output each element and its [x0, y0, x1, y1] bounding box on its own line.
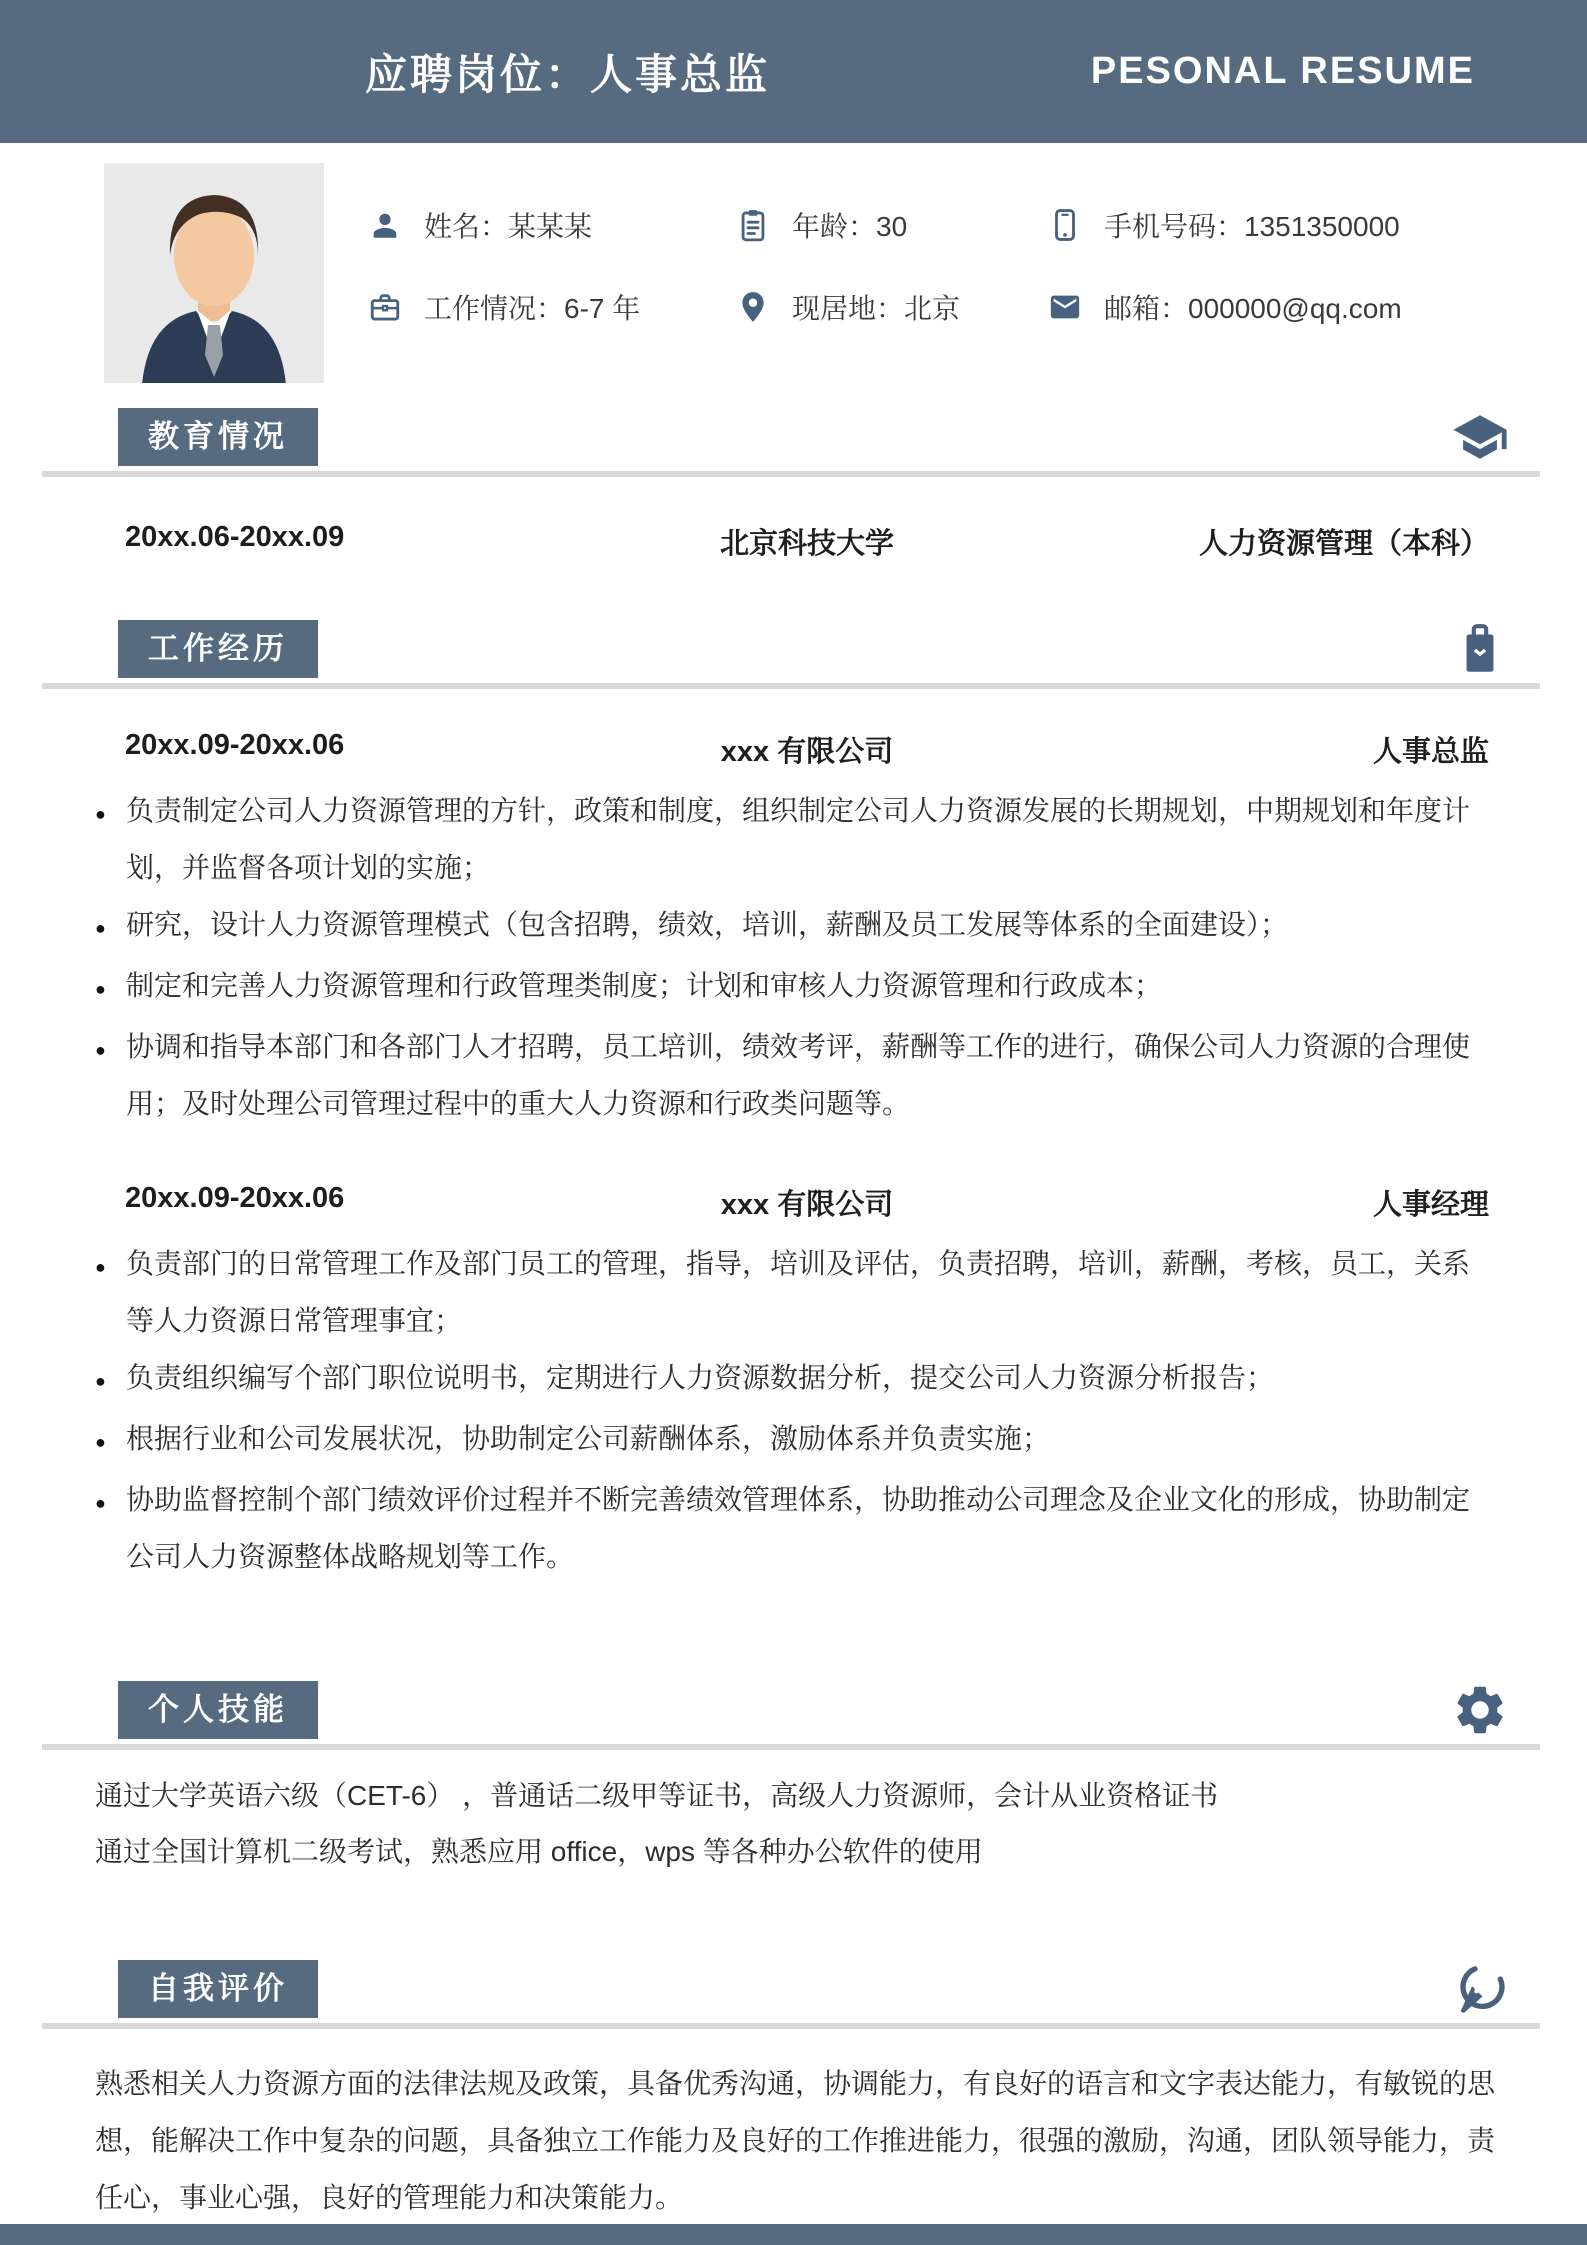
phone-icon: [1048, 208, 1082, 242]
job-bullet-list: 负责部门的日常管理工作及部门员工的管理，指导，培训及评估，负责招聘，培训，薪酬，…: [0, 1235, 1495, 1585]
section-title-box: 自我评价: [118, 1960, 318, 2018]
bullet-dot-icon: [95, 1471, 126, 1585]
job-bullet: 负责制定公司人力资源管理的方针，政策和制度，组织制定公司人力资源发展的长期规划，…: [95, 782, 1495, 896]
job-bullet: 协助监督控制个部门绩效评价过程并不断完善绩效管理体系，协助推动公司理念及企业文化…: [95, 1471, 1495, 1585]
bullet-dot-icon: [95, 896, 126, 957]
contact-field-experience: 工作情况：6-7 年: [368, 287, 736, 327]
mail-icon: [1048, 290, 1082, 324]
job-period: 20xx.09-20xx.06: [125, 1182, 551, 1223]
job-header-row: 20xx.09-20xx.06 xxx 有限公司 人事总监: [125, 729, 1489, 770]
contact-field-age: 年龄：30: [736, 205, 1048, 245]
skill-line: 通过全国计算机二级考试，熟悉应用 office，wps 等各种办公软件的使用: [95, 1824, 1492, 1880]
section-title: 工作经历: [148, 631, 288, 666]
education-period: 20xx.06-20xx.09: [125, 521, 551, 562]
education-row: 20xx.06-20xx.09 北京科技大学 人力资源管理（本科）: [125, 521, 1489, 562]
profile-section: 姓名：某某某 年龄：30: [104, 163, 1587, 383]
job-period: 20xx.09-20xx.06: [125, 729, 551, 770]
contact-field-name: 姓名：某某某: [368, 205, 736, 245]
job-title: 人事经理: [1063, 1182, 1489, 1223]
section-header-experience: 工作经历: [0, 620, 1587, 678]
job-bullet: 根据行业和公司发展状况，协助制定公司薪酬体系，激励体系并负责实施；: [95, 1410, 1495, 1471]
section-divider: [42, 683, 1540, 689]
job-bullet: 负责组织编写个部门职位说明书，定期进行人力资源数据分析，提交公司人力资源分析报告…: [95, 1349, 1495, 1410]
location-icon: [736, 290, 770, 324]
job-company: xxx 有限公司: [551, 1182, 1063, 1223]
job-bullet: 负责部门的日常管理工作及部门员工的管理，指导，培训及评估，负责招聘，培训，薪酬，…: [95, 1235, 1495, 1349]
job-bullet: 协调和指导本部门和各部门人才招聘，员工培训，绩效考评，薪酬等工作的进行，确保公司…: [95, 1018, 1495, 1132]
section-header-skills: 个人技能: [0, 1681, 1587, 1739]
section-title-box: 工作经历: [118, 620, 318, 678]
contact-grid: 姓名：某某某 年龄：30: [368, 163, 1402, 383]
job-bullet-text: 制定和完善人力资源管理和行政管理类制度；计划和审核人力资源管理和行政成本；: [126, 957, 1495, 1018]
job-entry: 20xx.09-20xx.06 xxx 有限公司 人事总监 负责制定公司人力资源…: [0, 729, 1587, 1132]
job-bullet-text: 研究，设计人力资源管理模式（包含招聘，绩效，培训，薪酬及员工发展等体系的全面建设…: [126, 896, 1495, 957]
contact-field-text: 工作情况：6-7 年: [424, 287, 640, 327]
resume-brand-text: PESONAL RESUME: [1091, 50, 1475, 93]
graduation-cap-icon: [1451, 408, 1509, 466]
footer-bar: [0, 2224, 1587, 2245]
job-bullet-text: 协调和指导本部门和各部门人才招聘，员工培训，绩效考评，薪酬等工作的进行，确保公司…: [126, 1018, 1495, 1132]
header-bar: 应聘岗位：人事总监 PESONAL RESUME: [0, 0, 1587, 143]
section-divider: [42, 2023, 1540, 2029]
gear-icon: [1451, 1681, 1509, 1739]
skill-line: 通过大学英语六级（CET-6） ，普通话二级甲等证书，高级人力资源师，会计从业资…: [95, 1768, 1492, 1824]
contact-field-text: 现居地：北京: [792, 287, 960, 327]
section-title: 个人技能: [148, 1692, 288, 1727]
contact-field-email: 邮箱：000000@qq.com: [1048, 287, 1402, 327]
evaluation-text: 熟悉相关人力资源方面的法律法规及政策，具备优秀沟通，协调能力，有良好的语言和文字…: [95, 2055, 1495, 2226]
job-bullet-text: 负责制定公司人力资源管理的方针，政策和制度，组织制定公司人力资源发展的长期规划，…: [126, 782, 1495, 896]
user-icon: [368, 208, 402, 242]
briefcase-icon: [1451, 620, 1509, 678]
bullet-dot-icon: [95, 1018, 126, 1132]
job-bullet-text: 负责组织编写个部门职位说明书，定期进行人力资源数据分析，提交公司人力资源分析报告…: [126, 1349, 1495, 1410]
clipboard-icon: [736, 208, 770, 242]
contact-field-text: 邮箱：000000@qq.com: [1104, 287, 1402, 327]
avatar: [104, 163, 324, 383]
contact-field-phone: 手机号码：1351350000: [1048, 205, 1402, 245]
applied-position-title: 应聘岗位：人事总监: [365, 42, 770, 102]
job-header-row: 20xx.09-20xx.06 xxx 有限公司 人事经理: [125, 1182, 1489, 1223]
resume-page: 应聘岗位：人事总监 PESONAL RESUME 姓名：某某某: [0, 0, 1587, 2245]
job-bullet-list: 负责制定公司人力资源管理的方针，政策和制度，组织制定公司人力资源发展的长期规划，…: [0, 782, 1495, 1132]
bullet-dot-icon: [95, 957, 126, 1018]
job-bullet-text: 根据行业和公司发展状况，协助制定公司薪酬体系，激励体系并负责实施；: [126, 1410, 1495, 1471]
bullet-dot-icon: [95, 1410, 126, 1471]
job-bullet: 制定和完善人力资源管理和行政管理类制度；计划和审核人力资源管理和行政成本；: [95, 957, 1495, 1018]
profile-photo: [104, 163, 324, 383]
contact-field-text: 年龄：30: [792, 205, 907, 245]
job-bullet-text: 负责部门的日常管理工作及部门员工的管理，指导，培训及评估，负责招聘，培训，薪酬，…: [126, 1235, 1495, 1349]
contact-field-text: 手机号码：1351350000: [1104, 205, 1400, 245]
briefcase-icon: [368, 290, 402, 324]
section-title-box: 教育情况: [118, 408, 318, 466]
job-entry: 20xx.09-20xx.06 xxx 有限公司 人事经理 负责部门的日常管理工…: [0, 1182, 1587, 1585]
section-title-box: 个人技能: [118, 1681, 318, 1739]
job-title: 人事总监: [1063, 729, 1489, 770]
section-header-education: 教育情况: [0, 408, 1587, 466]
section-divider: [42, 1744, 1540, 1750]
education-major: 人力资源管理（本科）: [1063, 521, 1489, 562]
contact-field-text: 姓名：某某某: [424, 205, 592, 245]
section-title: 教育情况: [148, 419, 288, 454]
bullet-dot-icon: [95, 1235, 126, 1349]
pen-icon: [1451, 1960, 1509, 2018]
section-header-evaluation: 自我评价: [0, 1960, 1587, 2018]
job-bullet-text: 协助监督控制个部门绩效评价过程并不断完善绩效管理体系，协助推动公司理念及企业文化…: [126, 1471, 1495, 1585]
section-title: 自我评价: [148, 1971, 288, 2006]
section-divider: [42, 471, 1540, 477]
bullet-dot-icon: [95, 782, 126, 896]
job-company: xxx 有限公司: [551, 729, 1063, 770]
job-bullet: 研究，设计人力资源管理模式（包含招聘，绩效，培训，薪酬及员工发展等体系的全面建设…: [95, 896, 1495, 957]
bullet-dot-icon: [95, 1349, 126, 1410]
education-school: 北京科技大学: [551, 521, 1063, 562]
contact-field-city: 现居地：北京: [736, 287, 1048, 327]
